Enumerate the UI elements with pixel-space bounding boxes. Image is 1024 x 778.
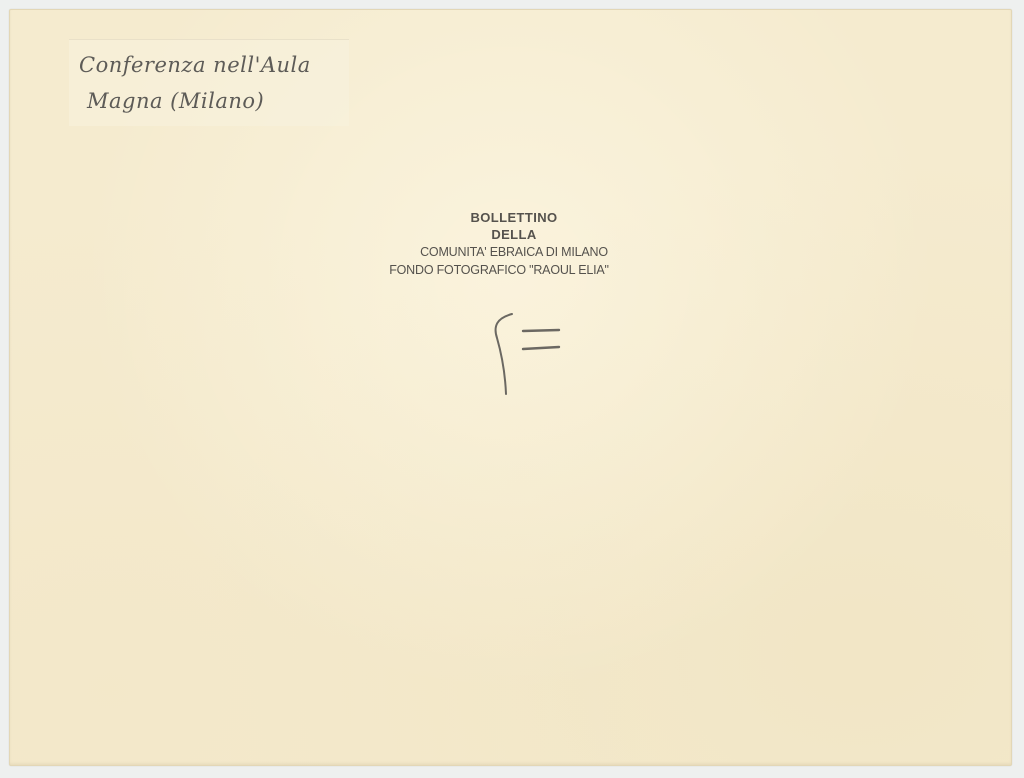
archive-stamp: BOLLETTINO DELLA COMUNITA' EBRAICA DI MI… bbox=[349, 209, 679, 279]
handwritten-note: Conferenza nell'Aula Magna (Milano) bbox=[79, 47, 311, 119]
photo-back-paper: Conferenza nell'Aula Magna (Milano) BOLL… bbox=[9, 9, 1012, 766]
stamp-line-2: DELLA bbox=[349, 226, 679, 243]
handwritten-note-line-1: Conferenza nell'Aula bbox=[79, 47, 311, 83]
pencil-mark-icon bbox=[479, 304, 589, 404]
handwritten-note-line-2: Magna (Milano) bbox=[79, 83, 311, 119]
stamp-line-1: BOLLETTINO bbox=[349, 209, 679, 226]
stamp-line-4: FONDO FOTOGRAFICO "RAOUL ELIA" bbox=[319, 262, 679, 279]
stamp-line-3: COMUNITA' EBRAICA DI MILANO bbox=[349, 243, 679, 262]
pencil-mark bbox=[479, 304, 589, 404]
